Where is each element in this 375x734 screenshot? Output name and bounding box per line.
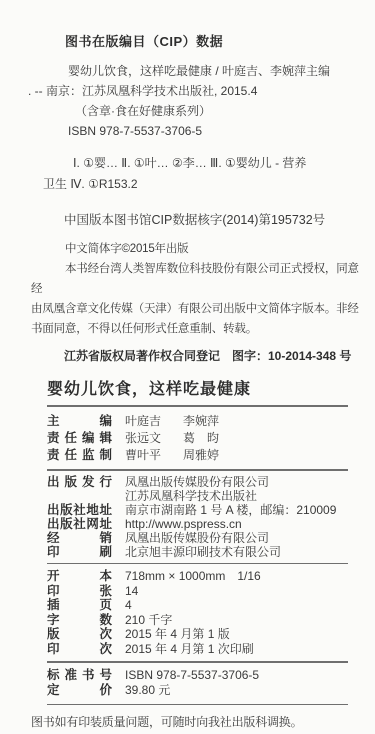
table-row: 印张 14 — [47, 584, 352, 599]
row-label: 经销 — [47, 531, 112, 545]
spec-value: 210 千字 — [125, 613, 172, 628]
cip-record-number: 中国版本图书馆CIP数据核字(2014)第195732号 — [64, 210, 375, 228]
cip-title-line: 婴幼儿饮食，这样吃最健康 / 叶庭吉、李婉萍主编 — [28, 61, 361, 81]
spec-value: 2015 年 4 月第 1 版 — [125, 627, 230, 642]
copyright-registration: 江苏省版权局著作权合同登记 图字：10-2014-348 号 — [64, 347, 375, 364]
row-label: 字数 — [47, 613, 112, 628]
table-row: 字数 210 千字 — [47, 613, 352, 628]
cip-series-line: （含章·食在好健康系列） — [28, 101, 361, 121]
cip-isbn-line: ISBN 978-7-5537-3706-5 — [28, 121, 361, 141]
table-row: 印次 2015 年 4 月第 1 次印刷 — [47, 642, 352, 657]
publisher-address: 南京市湖南路 1 号 A 楼，邮编：210009 — [125, 503, 336, 517]
row-label: 版次 — [47, 627, 112, 642]
row-label: 出版社网址 — [47, 517, 112, 531]
row-label: 印次 — [47, 642, 112, 657]
copyright-para-line-1: 本书经台湾人类智库数位科技股份有限公司正式授权，同意经 — [31, 259, 367, 299]
colophon-page: 图书在版编目（CIP）数据 婴幼儿饮食，这样吃最健康 / 叶庭吉、李婉萍主编 .… — [0, 0, 375, 734]
row-label: 开本 — [47, 569, 112, 584]
cip-header: 图书在版编目（CIP）数据 — [65, 0, 375, 50]
quality-exchange-note: 图书如有印装质量问题，可随时向我社出版科调换。 — [31, 713, 375, 730]
spec-value: 718mm × 1000mm 1/16 — [125, 569, 261, 584]
spec-value: 4 — [125, 598, 132, 613]
table-row: 定价 39.80 元 — [47, 683, 352, 699]
cip-publisher-line: . -- 南京：江苏凤凰科学技术出版社, 2015.4 — [28, 81, 361, 101]
table-row: 印刷 北京旭丰源印刷技术有限公司 — [47, 545, 352, 559]
isbn-value: ISBN 978-7-5537-3706-5 — [125, 668, 259, 684]
classification-line-1: Ⅰ. ①婴… Ⅱ. ①叶… ②李… Ⅲ. ①婴幼儿 - 营养 — [43, 153, 361, 174]
row-label: 出版社地址 — [47, 503, 112, 517]
editor-name: 叶庭吉 — [125, 413, 183, 430]
table-row: 插页 4 — [47, 598, 352, 613]
book-title: 婴幼儿饮食，这样吃最健康 — [47, 376, 375, 399]
table-row: 责任编辑 张远文 葛 昀 — [47, 430, 352, 447]
table-row: 经销 凤凰出版传媒股份有限公司 — [47, 531, 352, 545]
cip-classification: Ⅰ. ①婴… Ⅱ. ①叶… ②李… Ⅲ. ①婴幼儿 - 营养 卫生 Ⅳ. ①R1… — [43, 153, 361, 195]
row-label: 主编 — [47, 413, 112, 430]
spec-value: 14 — [125, 584, 138, 599]
table-row: 标准书号 ISBN 978-7-5537-3706-5 — [47, 668, 352, 684]
table-row: 主编 叶庭吉 李婉萍 — [47, 413, 352, 430]
table-row: 出版发行 凤凰出版传媒股份有限公司 江苏凤凰科学技术出版社 — [47, 475, 352, 503]
editor-name: 李婉萍 — [183, 413, 219, 430]
price-value: 39.80 元 — [125, 683, 170, 699]
table-row: 出版社地址 南京市湖南路 1 号 A 楼，邮编：210009 — [47, 503, 352, 517]
editors-table: 主编 叶庭吉 李婉萍 责任编辑 张远文 葛 昀 责任监制 曹叶平 周雅婷 — [47, 407, 352, 469]
divider-rule — [47, 704, 348, 706]
printer-name: 北京旭丰源印刷技术有限公司 — [125, 545, 281, 559]
table-row: 出版社网址 http://www.pspress.cn — [47, 517, 352, 531]
classification-line-2: 卫生 Ⅳ. ①R153.2 — [43, 174, 361, 195]
editor-name: 葛 昀 — [183, 430, 219, 447]
copyright-para-line-3: 书面同意，不得以任何形式任意重制、转载。 — [31, 319, 367, 339]
publisher-line: 江苏凤凰科学技术出版社 — [125, 489, 269, 503]
publisher-line: 凤凰出版传媒股份有限公司 — [125, 475, 269, 489]
specs-table: 开本 718mm × 1000mm 1/16 印张 14 插页 4 字数 210… — [47, 564, 352, 661]
row-label: 责任编辑 — [47, 430, 112, 447]
distributor-name: 凤凰出版传媒股份有限公司 — [125, 531, 269, 545]
row-label: 印刷 — [47, 545, 112, 559]
publisher-website: http://www.pspress.cn — [125, 517, 242, 531]
editor-name: 周雅婷 — [183, 447, 219, 464]
row-label: 定价 — [47, 683, 112, 699]
isbn-price-table: 标准书号 ISBN 978-7-5537-3706-5 定价 39.80 元 — [47, 663, 352, 704]
publisher-table: 出版发行 凤凰出版传媒股份有限公司 江苏凤凰科学技术出版社 出版社地址 南京市湖… — [47, 471, 352, 563]
table-row: 责任监制 曹叶平 周雅婷 — [47, 447, 352, 464]
copyright-notice: 中文简体字©2015年出版 本书经台湾人类智库数位科技股份有限公司正式授权，同意… — [31, 239, 367, 339]
editor-name: 曹叶平 — [125, 447, 183, 464]
cip-citation-block: 婴幼儿饮食，这样吃最健康 / 叶庭吉、李婉萍主编 . -- 南京：江苏凤凰科学技… — [28, 61, 361, 141]
spec-value: 2015 年 4 月第 1 次印刷 — [125, 642, 254, 657]
editor-name: 张远文 — [125, 430, 183, 447]
row-label: 印张 — [47, 584, 112, 599]
copyright-edition-line: 中文简体字©2015年出版 — [31, 239, 367, 259]
row-label: 标准书号 — [47, 668, 112, 684]
table-row: 版次 2015 年 4 月第 1 版 — [47, 627, 352, 642]
table-row: 开本 718mm × 1000mm 1/16 — [47, 569, 352, 584]
row-label: 出版发行 — [47, 475, 112, 489]
copyright-para-line-2: 由凤凰含章文化传媒（天津）有限公司出版中文简体字版本。非经 — [31, 299, 367, 319]
row-label: 插页 — [47, 598, 112, 613]
row-label: 责任监制 — [47, 447, 112, 464]
row-value: 凤凰出版传媒股份有限公司 江苏凤凰科学技术出版社 — [125, 475, 269, 503]
